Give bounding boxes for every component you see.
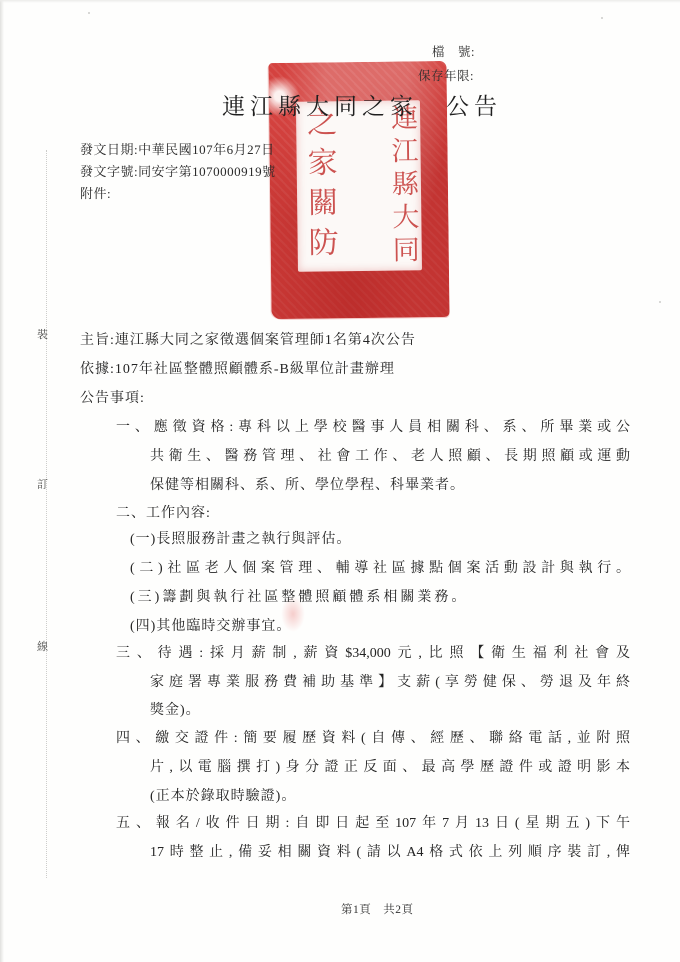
body-line: 共衛生、醫務管理、社會工作、老人照顧、長期照顧或運動: [150, 447, 630, 467]
scanned-announcement-page: 連江縣大同 之家關防 檔 號: 保存年限: 連江縣大同之家 公告 發文日期:中華…: [0, 0, 680, 962]
body-line: 一、應徵資格:專科以上學校醫事人員相關科、系、所畢業或公: [116, 418, 630, 438]
retention-period-label: 保存年限:: [418, 66, 474, 84]
body-line: 五、報名/收件日期:自即日起至107年7月13日(星期五)下午: [116, 814, 630, 834]
file-number-label: 檔 號:: [432, 42, 475, 60]
body-line: (三)籌劃與執行社區整體照顧體系相關業務。: [130, 588, 468, 608]
body-line: (二)社區老人個案管理、輔導社區據點個案活動設計與執行。: [130, 559, 630, 579]
seal-inner-field: 連江縣大同 之家關防: [296, 100, 422, 272]
scan-top-edge-shadow: [0, 0, 680, 3]
body-line: (正本於錄取時驗證)。: [150, 787, 296, 807]
scan-left-edge-shadow: [0, 0, 4, 962]
scan-speck: [659, 301, 661, 303]
binding-mark-zhuang: 裝: [37, 326, 48, 342]
scan-speck: [88, 12, 90, 14]
body-line: 17時整止,備妥相關資料(請以A4格式依上列順序裝訂,俾: [150, 843, 630, 863]
body-line: (一)長照服務計畫之執行與評估。: [130, 530, 351, 550]
document-title: 連江縣大同之家 公告: [222, 88, 502, 121]
document-number-line: 發文字號:同安字第1070000919號: [80, 161, 276, 180]
body-line: (四)其他臨時交辦事宜。: [130, 617, 291, 637]
issue-date-line: 發文日期:中華民國107年6月27日: [80, 139, 275, 158]
binding-dotted-line: [46, 150, 47, 878]
page-number-footer: 第1頁 共2頁: [341, 901, 414, 917]
seal-script-text-left: 之家關防: [303, 106, 335, 266]
basis-line: 依據:107年社區整體照顧體系-B級單位計畫辦理: [80, 360, 395, 380]
body-line: 獎金)。: [150, 701, 201, 721]
subject-line: 主旨:連江縣大同之家徵選個案管理師1名第4次公告: [80, 331, 416, 351]
announcement-heading: 公告事項:: [80, 389, 145, 409]
attachment-label: 附件:: [80, 183, 111, 202]
body-line: 四、繳交證件:簡要履歷資料(自傳、經歷、聯絡電話,並附照: [116, 729, 630, 749]
binding-mark-xian: 線: [37, 638, 48, 654]
binding-mark-ding: 訂: [37, 476, 48, 492]
seal-script-text-right: 連江縣大同: [388, 103, 417, 268]
body-line: 保健等相關科、系、所、學位學程、科畢業者。: [150, 476, 465, 496]
body-line: 三、待遇:採月薪制,薪資$34,000元,比照【衛生福利社會及: [116, 644, 630, 664]
body-line: 家庭署專業服務費補助基準】支薪(享勞健保、勞退及年終: [150, 673, 630, 693]
body-line: 二、工作內容:: [116, 504, 211, 524]
body-line: 片,以電腦撰打)身分證正反面、最高學歷證件或證明影本: [150, 758, 630, 778]
scan-speck: [601, 17, 603, 19]
